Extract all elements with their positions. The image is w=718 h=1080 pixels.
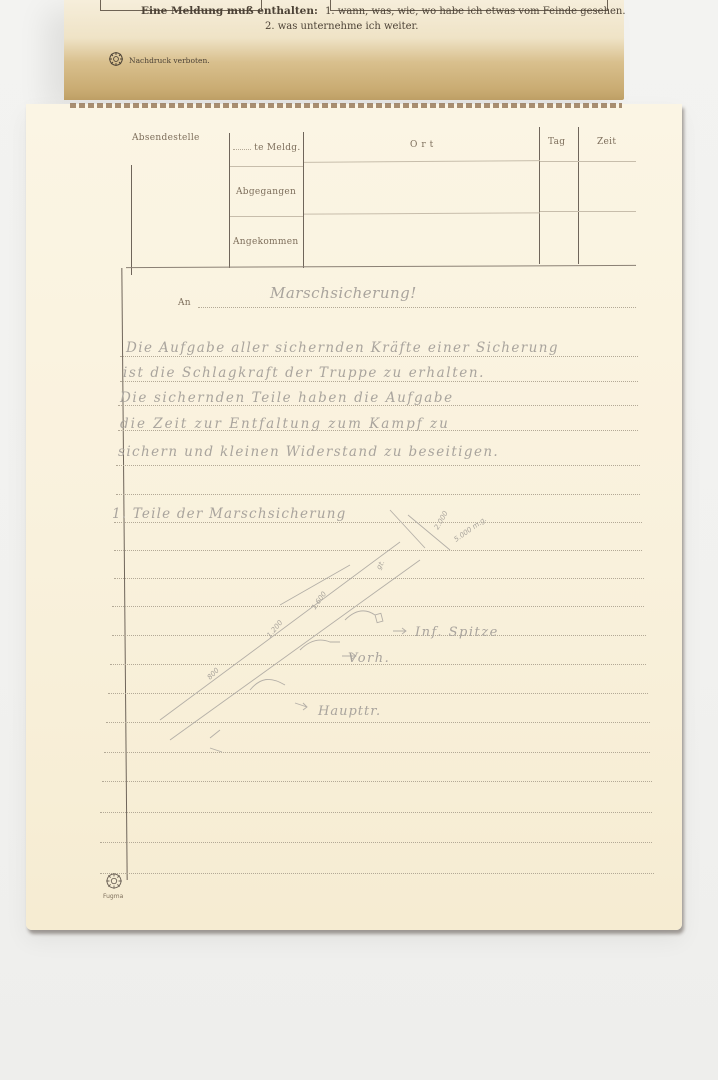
ruled-line [116,465,640,466]
to-label: An [178,298,191,308]
instruction-block: Eine Meldung muß enthalten: 1. wann, was… [141,5,626,17]
body-line-3: Die sichernden Teile haben die Aufgabe [120,390,454,406]
instruction-item-1: 1. wann, was, wie, wo habe ich etwas vom… [325,6,626,17]
header-row-divider-1 [230,166,303,167]
message-number-field[interactable]: te Meldg. [233,143,303,153]
departed-day-field[interactable] [540,162,577,210]
march-security-sketch: 5.000 m.g. 2.000 1.600 1.200 800 gt. [150,490,550,790]
sketch-label-vorhut: Vorh. [348,651,390,666]
message-number-value [233,149,251,150]
sketch-distance-1600: 1.600 [310,590,328,611]
departed-time-field[interactable] [580,162,636,210]
day-label: Tag [548,137,565,147]
body-line-2: ist die Schlagkraft der Truppe zu erhalt… [123,365,485,381]
col-divider-1 [229,133,230,268]
copyright-notice: Nachdruck verboten. [129,56,210,65]
sketch-vertical-note: gt. [375,559,387,571]
sketch-distance-1200: 1.200 [265,618,284,639]
ruled-line [120,381,638,382]
message-number-label: te Meldg. [254,143,300,153]
arrived-place-field[interactable] [304,215,538,265]
arrived-label: Angekommen [233,237,298,247]
publisher-mark: Fugma [103,893,123,900]
sketch-distance-2000: 2.000 [433,509,450,531]
rose-emblem-icon [108,51,124,67]
body-line-5: sichern und kleinen Widerstand zu beseit… [118,444,499,460]
fugma-emblem-icon [105,872,123,890]
instruction-label: Eine Meldung muß enthalten: [141,5,318,17]
sketch-label-haupttrupp: Haupttr. [318,704,381,719]
arrived-day-field[interactable] [540,213,577,263]
body-line-1: Die Aufgabe aller sichernden Kräfte eine… [126,340,559,356]
perforation-line[interactable] [70,103,622,108]
instruction-item-2: 2. was unternehme ich weiter. [265,21,418,32]
sender-label: Absendestelle [132,133,200,143]
sketch-distance-5000: 5.000 m.g. [453,515,489,543]
ruled-line [100,812,652,813]
ruled-line [100,842,652,843]
departed-label: Abgegangen [236,187,296,197]
to-value: Marschsicherung! [270,284,417,302]
to-line[interactable] [198,307,636,308]
sketch-label-inf-spitze: Inf. Spitze [415,625,499,640]
sketch-distance-800: 800 [206,666,221,681]
ruled-line [118,405,638,406]
ruled-line [120,356,638,357]
ruled-line [118,430,638,431]
header-row-divider-2 [230,216,303,217]
left-margin-line [131,165,132,275]
arrived-time-field[interactable] [580,213,636,263]
header-row-divider-2c [540,211,636,212]
place-label: Ort [410,140,437,150]
departed-place-field[interactable] [304,166,538,212]
time-label: Zeit [597,137,616,147]
ruled-line [100,873,654,874]
